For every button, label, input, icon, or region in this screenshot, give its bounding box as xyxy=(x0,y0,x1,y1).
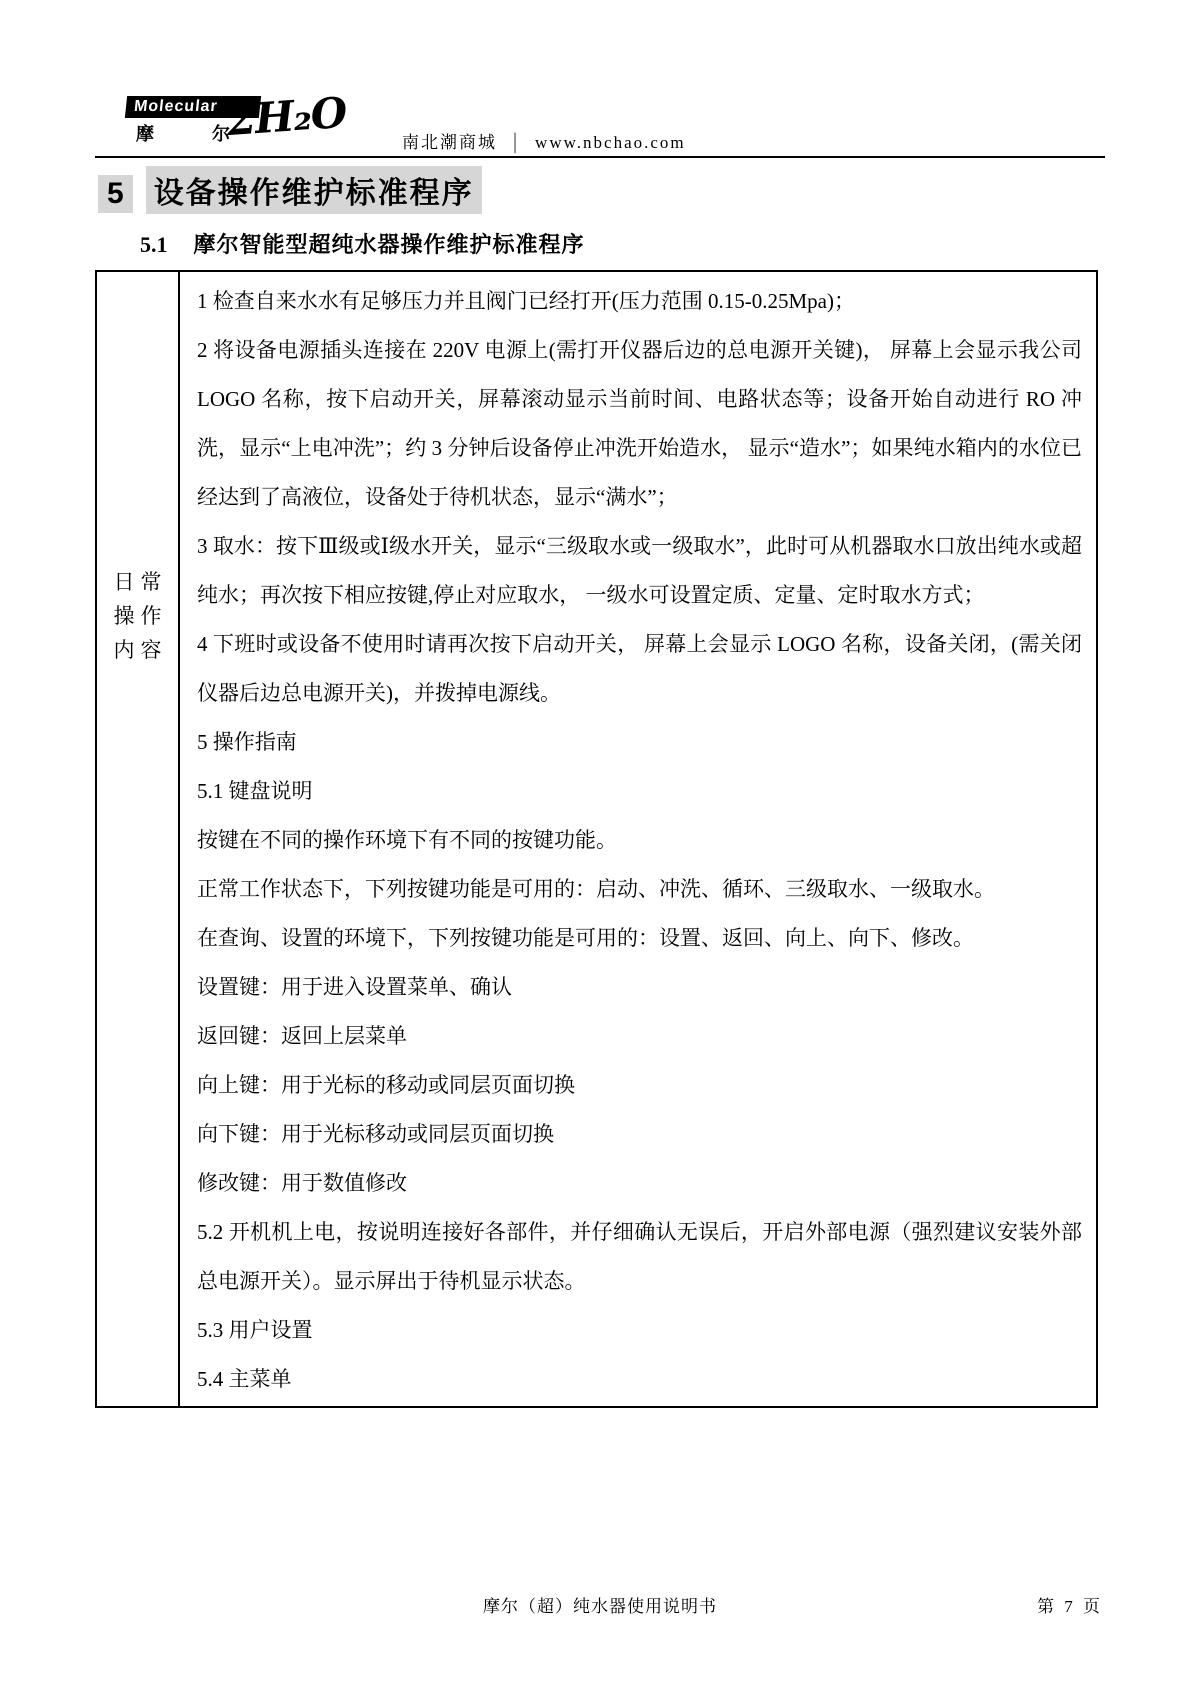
label-char: 内 xyxy=(114,640,135,661)
paragraph-return-key: 返回键：返回上层菜单 xyxy=(197,1012,1082,1061)
paragraph-keyboard-intro: 按键在不同的操作环境下有不同的按键功能。 xyxy=(197,816,1082,865)
paragraph-normal-keys: 正常工作状态下，下列按键功能是可用的：启动、冲洗、循环、三级取水、一级取水。 xyxy=(197,865,1082,914)
paragraph-set-key: 设置键：用于进入设置菜单、确认 xyxy=(197,963,1082,1012)
content-table: 日 常 操 作 内 容 1 检查自来水水有足够压力并且阀门已经打开(压力范围 0… xyxy=(95,270,1098,1408)
label-char: 常 xyxy=(141,572,162,593)
label-char: 日 xyxy=(114,572,135,593)
paragraph-main-menu: 5.4 主菜单 xyxy=(197,1355,1082,1404)
section-number: 5 xyxy=(98,175,133,213)
row-header-line-2: 操 作 xyxy=(114,606,162,627)
paragraph-step-3: 3 取水：按下Ⅲ级或Ⅰ级水开关，显示“三级取水或一级取水”，此时可从机器取水口放… xyxy=(197,522,1082,620)
site-url: www.nbchao.com xyxy=(535,133,686,152)
label-char: 操 xyxy=(114,606,135,627)
label-char: 作 xyxy=(141,606,162,627)
paragraph-guide-title: 5 操作指南 xyxy=(197,718,1082,767)
logo-brand-chinese: 摩 尔 xyxy=(136,120,230,146)
site-divider: │ xyxy=(497,133,535,152)
label-char: 容 xyxy=(141,640,162,661)
paragraph-main-menu-detail: 主菜单共两页，在待机状态按下设置键，显示主菜单如图 5－1： xyxy=(197,1404,1082,1406)
logo-formula-text: ΣH₂O xyxy=(224,88,347,145)
paragraph-keyboard-title: 5.1 键盘说明 xyxy=(197,767,1082,816)
paragraph-power-on: 5.2 开机机上电，按说明连接好各部件，并仔细确认无误后，开启外部电源（强烈建议… xyxy=(197,1208,1082,1306)
header-divider-line xyxy=(95,156,1105,158)
site-name: 南北潮商城 xyxy=(402,133,497,152)
row-header-cell: 日 常 操 作 内 容 xyxy=(97,272,180,1406)
row-header-line-3: 内 容 xyxy=(114,640,162,661)
company-logo: Molecular 摩 尔 ΣH₂O xyxy=(126,94,356,154)
paragraph-step-4: 4 下班时或设备不使用时请再次按下启动开关， 屏幕上会显示 LOGO 名称，设备… xyxy=(197,620,1082,718)
subsection-number: 5.1 xyxy=(140,232,168,257)
paragraph-user-setting: 5.3 用户设置 xyxy=(197,1306,1082,1355)
footer-page-number: 第 7 页 xyxy=(1037,1592,1103,1617)
content-cell: 1 检查自来水水有足够压力并且阀门已经打开(压力范围 0.15-0.25Mpa)… xyxy=(180,272,1096,1406)
paragraph-down-key: 向下键：用于光标移动或同层页面切换 xyxy=(197,1110,1082,1159)
logo-cn-char-1: 摩 xyxy=(136,120,154,146)
paragraph-up-key: 向上键：用于光标的移动或同层页面切换 xyxy=(197,1061,1082,1110)
paragraph-step-2: 2 将设备电源插头连接在 220V 电源上(需打开仪器后边的总电源开关键)， 屏… xyxy=(197,326,1082,522)
footer-doc-title: 摩尔（超）纯水器使用说明书 xyxy=(95,1592,1105,1617)
row-header-line-1: 日 常 xyxy=(114,572,162,593)
paragraph-modify-key: 修改键：用于数值修改 xyxy=(197,1159,1082,1208)
paragraph-step-1: 1 检查自来水水有足够压力并且阀门已经打开(压力范围 0.15-0.25Mpa)… xyxy=(197,277,1082,326)
site-header: 南北潮商城│www.nbchao.com xyxy=(402,128,686,153)
paragraph-setting-keys: 在查询、设置的环境下，下列按键功能是可用的：设置、返回、向上、向下、修改。 xyxy=(197,914,1082,963)
document-page: Molecular 摩 尔 ΣH₂O 南北潮商城│www.nbchao.com … xyxy=(0,0,1200,1697)
section-heading: 5设备操作维护标准程序 xyxy=(98,166,482,214)
subsection-heading: 5.1摩尔智能型超纯水器操作维护标准程序 xyxy=(140,228,585,259)
subsection-title: 摩尔智能型超纯水器操作维护标准程序 xyxy=(194,232,585,257)
page-footer: 摩尔（超）纯水器使用说明书 第 7 页 xyxy=(95,1592,1105,1617)
section-title: 设备操作维护标准程序 xyxy=(146,166,482,214)
